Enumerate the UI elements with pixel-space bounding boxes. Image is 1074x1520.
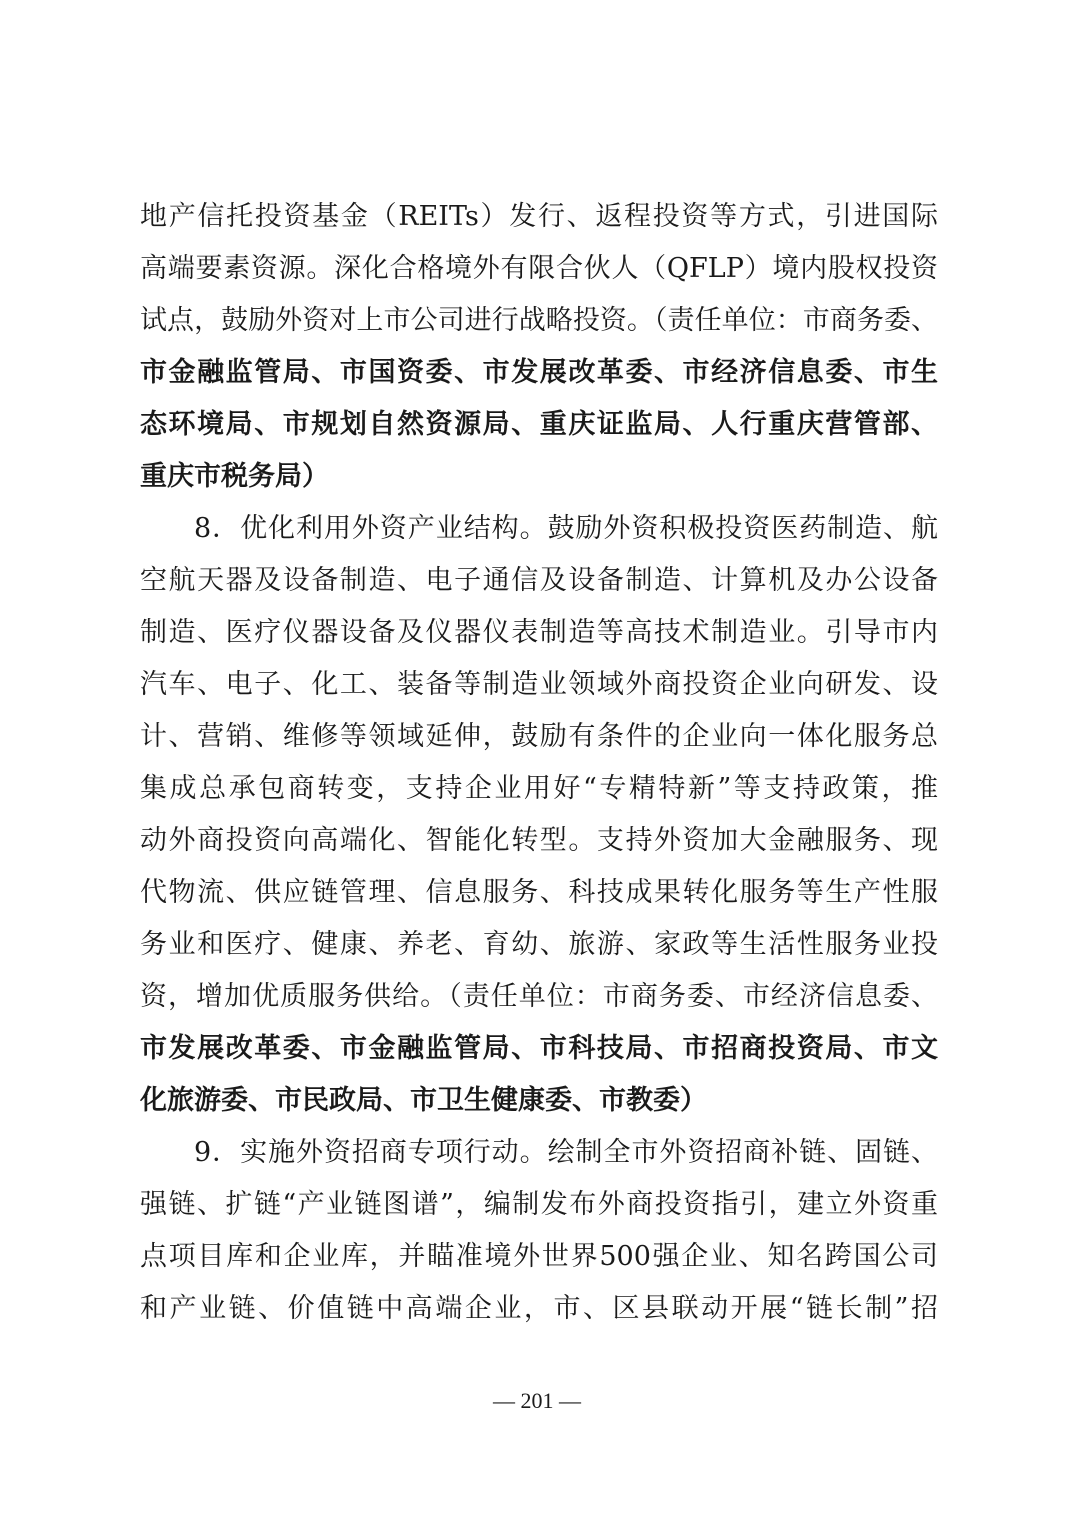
text-line: 务业和医疗、健康、养老、育幼、旅游、家政等生活性服务业投 bbox=[140, 925, 938, 965]
text-line: 代物流、供应链管理、信息服务、科技成果转化服务等生产性服 bbox=[140, 873, 938, 913]
text-line: 试点，鼓励外资对上市公司进行战略投资。（责任单位：市商务委、 bbox=[140, 301, 938, 341]
text-line: 点项目库和企业库，并瞄准境外世界500强企业、知名跨国公司 bbox=[140, 1237, 938, 1277]
responsible-units-line: 化旅游委、市民政局、市卫生健康委、市教委） bbox=[140, 1081, 938, 1121]
responsible-units-line: 市发展改革委、市金融监管局、市科技局、市招商投资局、市文 bbox=[140, 1029, 938, 1069]
text-line: 集成总承包商转变，支持企业用好“专精特新”等支持政策，推 bbox=[140, 769, 938, 809]
item-heading-line: 8．优化利用外资产业结构。鼓励外资积极投资医药制造、航 bbox=[194, 509, 938, 549]
text-line: 强链、扩链“产业链图谱”，编制发布外商投资指引，建立外资重 bbox=[140, 1185, 938, 1225]
page-number: — 201 — bbox=[0, 1386, 1074, 1416]
text-line: 空航天器及设备制造、电子通信及设备制造、计算机及办公设备 bbox=[140, 561, 938, 601]
text-line: 计、营销、维修等领域延伸，鼓励有条件的企业向一体化服务总 bbox=[140, 717, 938, 757]
responsible-units-line: 重庆市税务局） bbox=[140, 457, 938, 497]
text-line: 地产信托投资基金（REITs）发行、返程投资等方式，引进国际 bbox=[140, 197, 938, 237]
item-heading-line: 9．实施外资招商专项行动。绘制全市外资招商补链、固链、 bbox=[194, 1133, 938, 1173]
responsible-units-line: 态环境局、市规划自然资源局、重庆证监局、人行重庆营管部、 bbox=[140, 405, 938, 445]
text-line: 资，增加优质服务供给。（责任单位：市商务委、市经济信息委、 bbox=[140, 977, 938, 1017]
responsible-units-line: 市金融监管局、市国资委、市发展改革委、市经济信息委、市生 bbox=[140, 353, 938, 393]
text-line: 动外商投资向高端化、智能化转型。支持外资加大金融服务、现 bbox=[140, 821, 938, 861]
text-line: 汽车、电子、化工、装备等制造业领域外商投资企业向研发、设 bbox=[140, 665, 938, 705]
text-line: 制造、医疗仪器设备及仪器仪表制造等高技术制造业。引导市内 bbox=[140, 613, 938, 653]
document-page: 地产信托投资基金（REITs）发行、返程投资等方式，引进国际 高端要素资源。深化… bbox=[0, 0, 1074, 1520]
text-line: 和产业链、价值链中高端企业，市、区县联动开展“链长制”招 bbox=[140, 1289, 938, 1329]
text-line: 高端要素资源。深化合格境外有限合伙人（QFLP）境内股权投资 bbox=[140, 249, 938, 289]
